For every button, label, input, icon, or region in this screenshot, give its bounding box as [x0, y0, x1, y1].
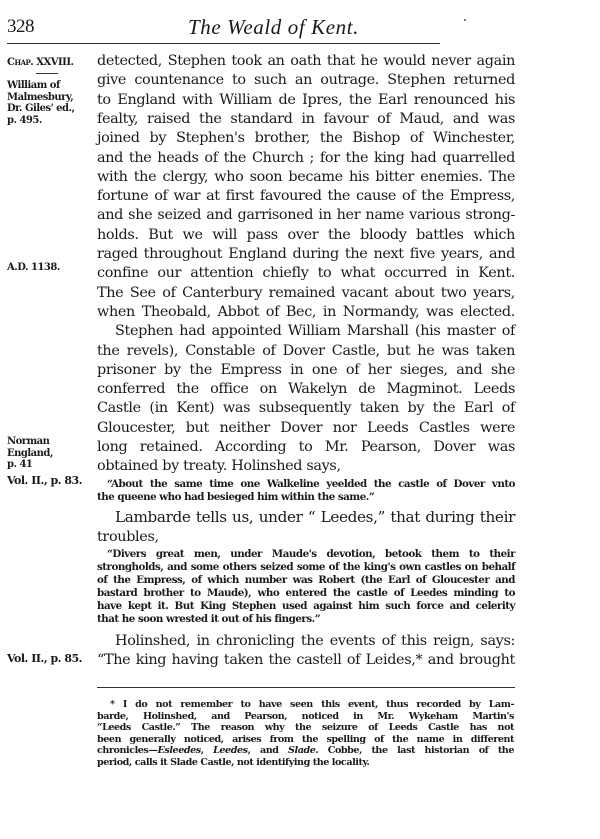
chapter-rule	[36, 73, 58, 74]
footnote-text: , and	[248, 745, 288, 756]
footnote-line: chronicles—Esleedes, Leedes, and Slade. …	[97, 745, 514, 757]
body-line: Gloucester, but neither Dover nor Leeds …	[97, 419, 515, 438]
body-line: obtained by treaty. Holinshed says,	[97, 457, 515, 476]
footnote-text: chronicles—	[97, 745, 158, 756]
footnote-line: * I do not remember to have seen this ev…	[110, 699, 514, 711]
footnote-text: ,	[201, 745, 213, 756]
margin-note-date: A.D. 1138.	[7, 262, 60, 274]
header-rule	[7, 43, 440, 44]
body-line: when Theobald, Abbot of Bec, in Normandy…	[97, 303, 515, 322]
footnote-line: barde, Holinshed, and Pearson, noticed i…	[97, 711, 514, 723]
body-line: confine our attention chiefly to what oc…	[97, 264, 515, 283]
body-line: troubles,	[97, 528, 515, 547]
body-line: and the heads of the Church ; for the ki…	[97, 149, 515, 168]
margin-note-chapter: Chap. XXVIII.	[7, 57, 74, 69]
body-line: prisoner by the Empress in one of her si…	[97, 361, 515, 380]
body-line: detected, Stephen took an oath that he w…	[97, 52, 515, 71]
margin-note-source: p. 495.	[7, 115, 42, 127]
body-line: holds. But we will pass over the bloody …	[97, 226, 515, 245]
body-line: fealty, raised the standard in favour of…	[97, 110, 515, 129]
footnote-line: period, calls it Slade Castle, not ident…	[97, 757, 514, 769]
margin-note-source: William of	[7, 80, 60, 92]
body-line: The See of Canterbury remained vacant ab…	[97, 284, 515, 303]
footnote-text: . Cobbe, the last historian of the	[315, 745, 514, 756]
quote-line: that he soon wrested it out of his finge…	[97, 613, 515, 626]
quote-line: strongholds, and some others seized some…	[97, 561, 515, 574]
quote-line: have kept it. But King Stephen used agai…	[97, 600, 515, 613]
margin-note-source: England,	[7, 448, 53, 460]
body-line: raged throughout England during the next…	[97, 245, 515, 264]
margin-note-source: Norman	[7, 436, 49, 448]
quote-line: the queene who had besieged him within t…	[97, 491, 515, 504]
body-line: the revels), Constable of Dover Castle, …	[97, 342, 515, 361]
body-line: “The king having taken the castell of Le…	[97, 651, 515, 670]
running-title: The Weald of Kent.	[188, 15, 359, 40]
page-number: 328	[7, 16, 34, 38]
footnote-line: “Leeds Castle.” The reason why the seizu…	[97, 722, 514, 734]
quote-line: bastard brother to Maude), who entered t…	[97, 587, 515, 600]
body-line: and she seized and garrisoned in her nam…	[97, 206, 515, 225]
body-line: give countenance to such an outrage. Ste…	[97, 71, 515, 90]
margin-note-source: Dr. Giles' ed.,	[7, 103, 74, 115]
footnote-italic-name: Esleedes	[158, 745, 201, 756]
body-line: Stephen had appointed William Marshall (…	[115, 322, 515, 341]
margin-note-source: p. 41	[7, 459, 32, 471]
footnote-line: been generally noticed, arises from the …	[97, 734, 514, 746]
margin-note-source: Malmesbury,	[7, 92, 73, 104]
quote-line: “Divers great men, under Maude's devotio…	[107, 548, 515, 561]
body-line: Lambarde tells us, under “ Leedes,” that…	[115, 508, 515, 527]
margin-note-volume: Vol. II., p. 83.	[7, 475, 82, 487]
body-line: with the clergy, who soon became his bit…	[97, 168, 515, 187]
body-line: to England with William de Ipres, the Ea…	[97, 91, 515, 110]
body-line: fortune of war at first favoured the cau…	[97, 187, 515, 206]
quote-line: of the Empress, of which number was Robe…	[97, 574, 515, 587]
footnote-rule	[97, 687, 515, 688]
footnote-italic-name: Slade	[288, 745, 315, 756]
footnote-italic-name: Leedes	[213, 745, 247, 756]
print-speck	[464, 19, 466, 21]
quote-line: “About the same time one Walkeline yeeld…	[107, 478, 515, 491]
body-line: Castle (in Kent) was subsequently taken …	[97, 399, 515, 418]
body-line: Holinshed, in chronicling the events of …	[115, 632, 515, 651]
margin-note-volume: Vol. II., p. 85.	[7, 653, 82, 665]
body-line: conferred the office on Wakelyn de Magmi…	[97, 380, 515, 399]
body-line: joined by Stephen's brother, the Bishop …	[97, 129, 515, 148]
body-line: long retained. According to Mr. Pearson,…	[97, 438, 515, 457]
